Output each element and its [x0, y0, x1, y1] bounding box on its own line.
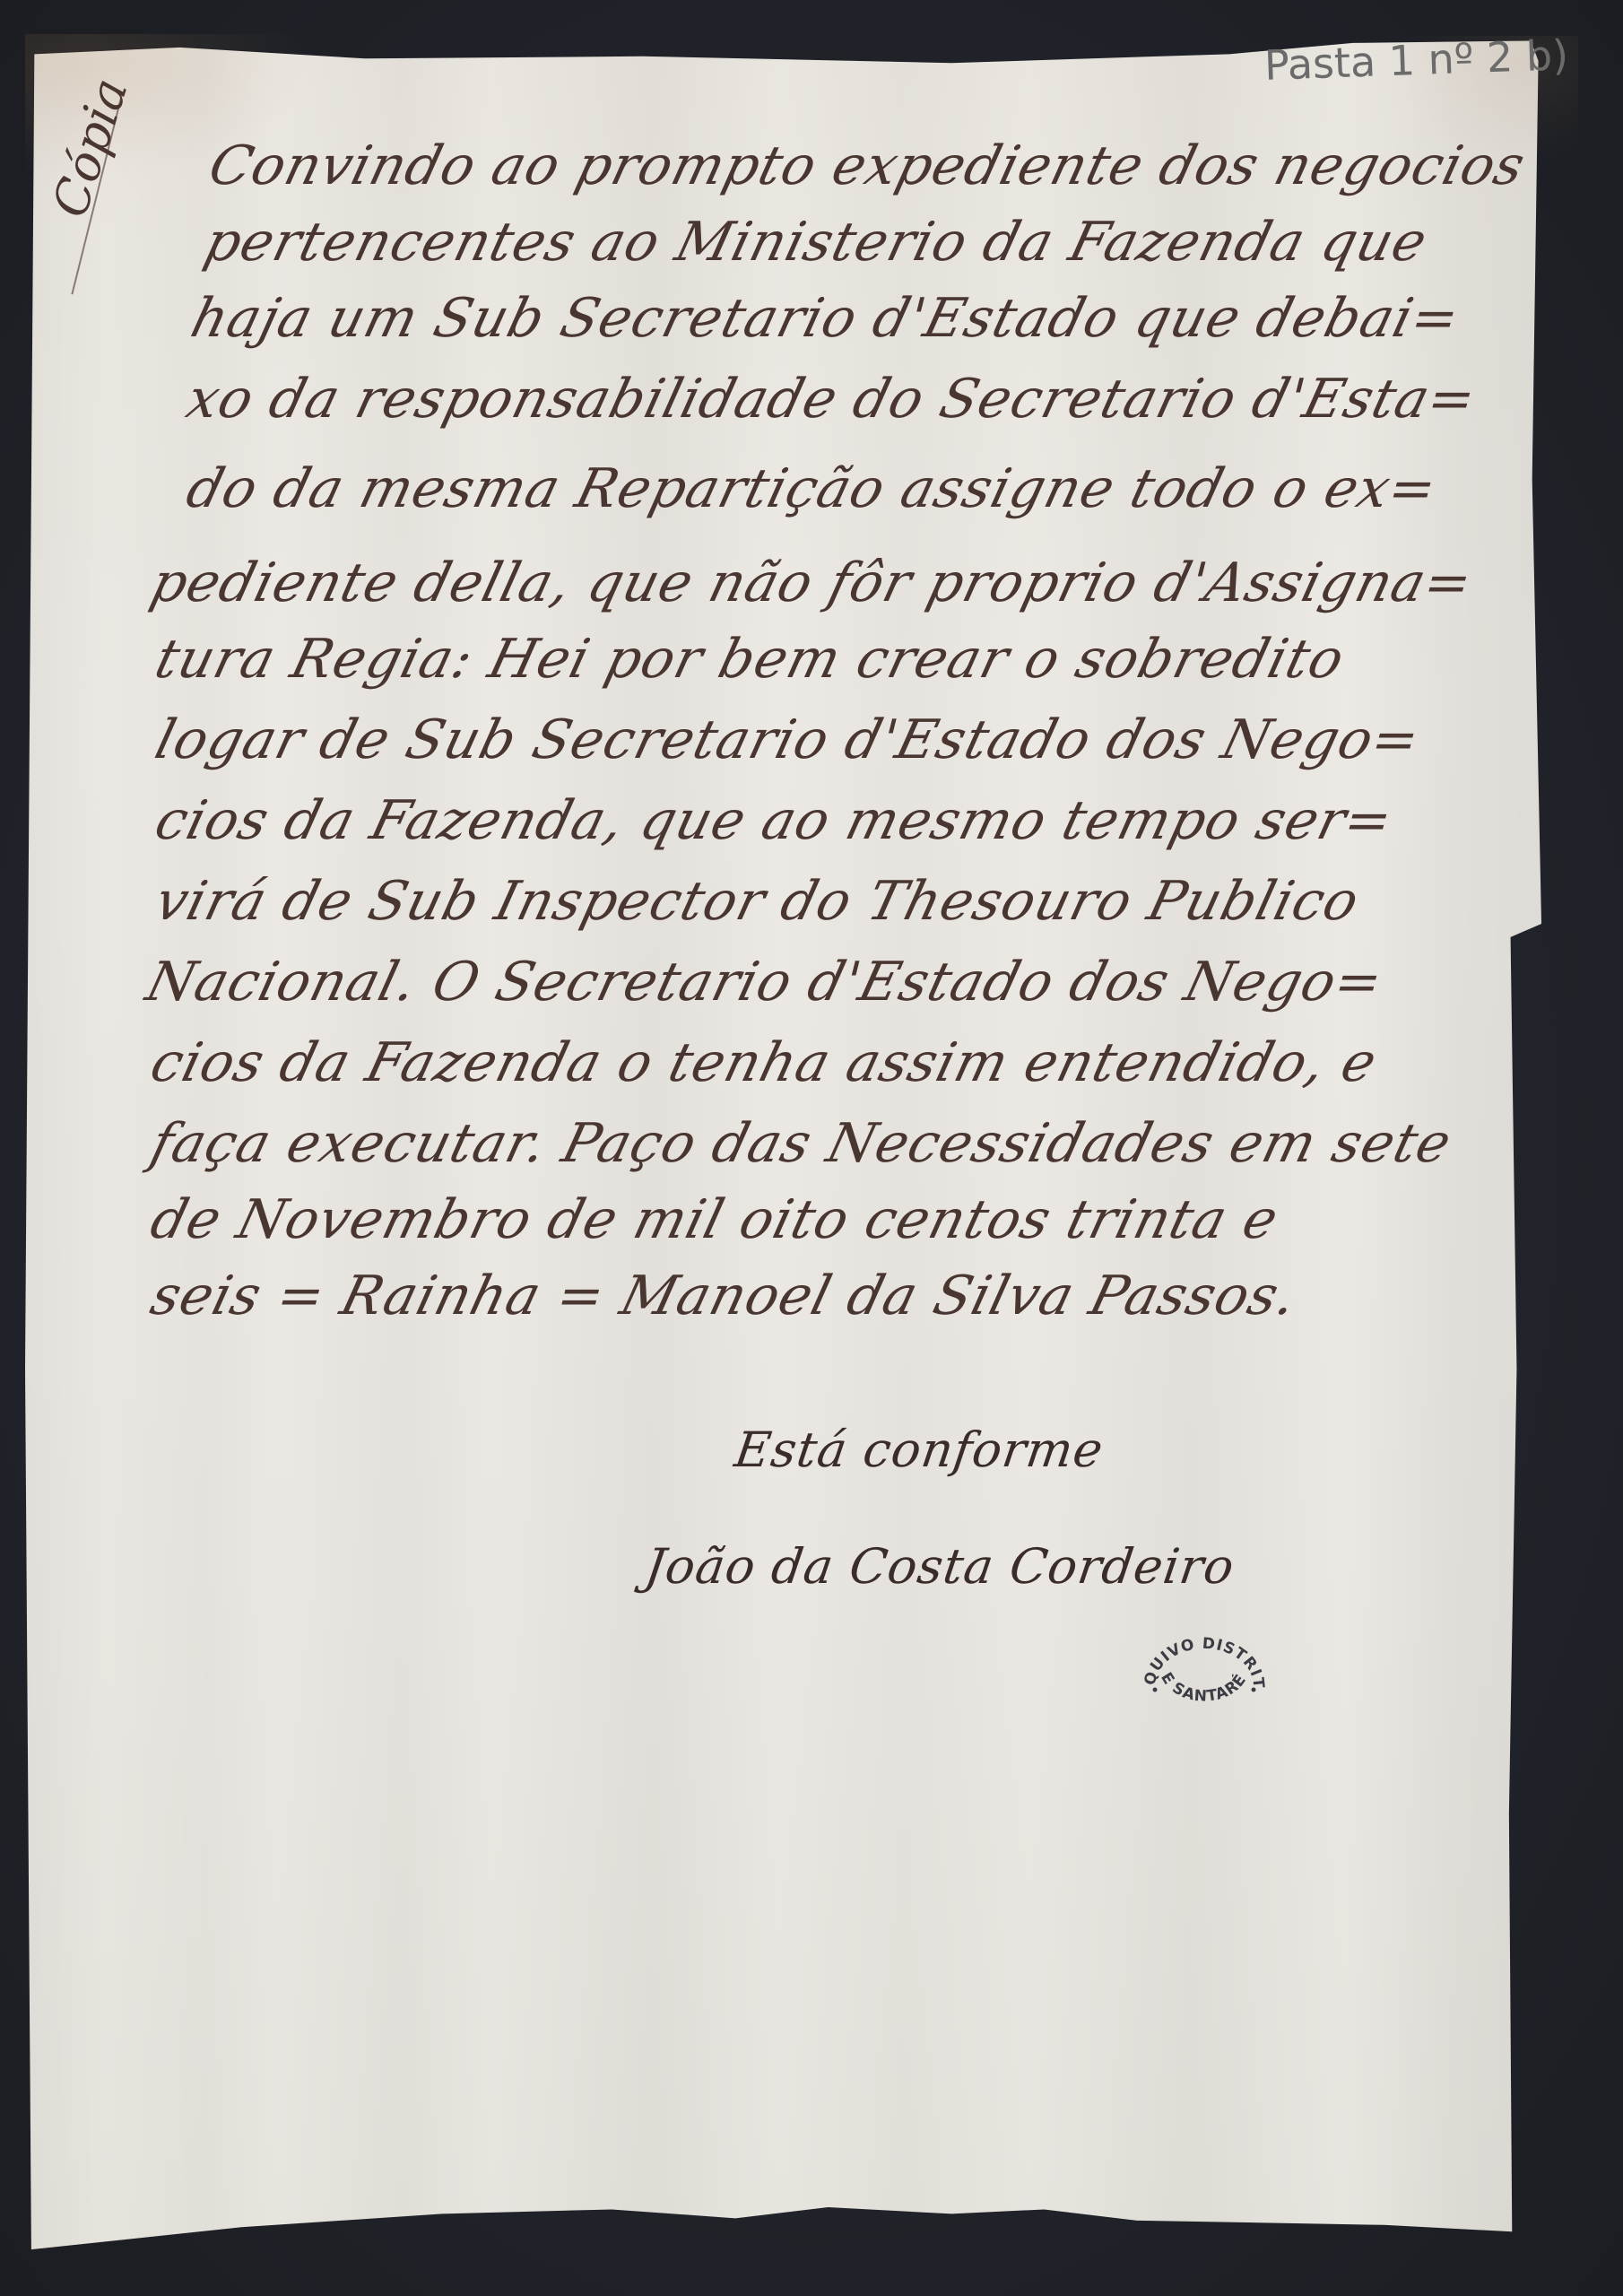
body-line: virá de Sub Inspector do Thesouro Public… — [149, 870, 1366, 933]
body-line: do da mesma Repartição assigne todo o ex… — [180, 457, 1443, 520]
body-line: pediente della, que não fôr proprio d'As… — [144, 552, 1479, 614]
body-line: faça executar. Paço das Necessidades em … — [144, 1112, 1458, 1175]
signature: João da Costa Cordeiro — [642, 1538, 1238, 1595]
body-line: tura Regia: Hei por bem crear o sobredit… — [149, 628, 1350, 691]
body-line: seis = Rainha = Manoel da Silva Passos. — [144, 1265, 1303, 1327]
body-line: Nacional. O Secretario d'Estado dos Nego… — [140, 951, 1389, 1013]
body-line: haja um Sub Secretario d'Estado que deba… — [185, 287, 1466, 350]
body-line: de Novembro de mil oito centos trinta e — [144, 1188, 1285, 1251]
body-line: cios da Fazenda, que ao mesmo tempo ser= — [149, 789, 1399, 852]
body-line: pertencentes ao Ministerio da Fazenda qu… — [198, 211, 1434, 274]
attestation-note: Está conforme — [732, 1422, 1107, 1478]
archive-stamp: ARQUIVO DISTRITAL DE SANTARÉM — [1137, 1622, 1271, 1720]
body-line: Convindo ao prompto expediente dos negoc… — [203, 135, 1532, 197]
body-line: cios da Fazenda o tenha assim entendido,… — [144, 1031, 1383, 1094]
body-line: xo da responsabilidade do Secretario d'E… — [180, 368, 1482, 430]
body-line: logar de Sub Secretario d'Estado dos Neg… — [149, 709, 1426, 771]
